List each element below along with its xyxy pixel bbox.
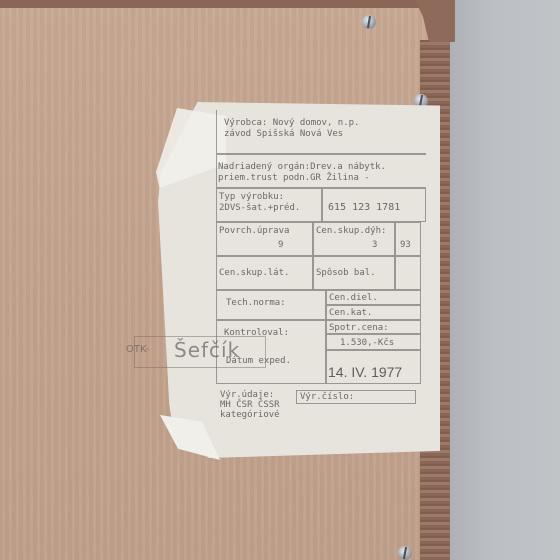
cell-extra xyxy=(395,222,421,256)
surface-value: 9 xyxy=(278,240,283,250)
retail-price-label: Spotr.cena: xyxy=(329,323,389,333)
veneer-value: 3 xyxy=(372,240,377,250)
stamp-prefix: OTK- xyxy=(126,344,156,355)
price-part-label: Cen.diel. xyxy=(329,293,378,303)
product-type-value: 2DVS-šat.+préd. xyxy=(219,203,300,213)
retail-price-value: 1.530,-Kčs xyxy=(340,338,394,348)
dispatch-date-stamp: 14. IV. 1977 xyxy=(328,364,402,380)
stamp-name: Šefčík xyxy=(174,338,240,362)
parent-org-line2: priem.trust podn.GR Žilina - xyxy=(218,173,370,183)
price-cat-label: Cen.kat. xyxy=(329,308,372,318)
extra-value: 93 xyxy=(400,240,411,250)
manufacturer-line2: závod Spišská Nová Ves xyxy=(224,129,343,139)
serial-info-label-3: kategóriové xyxy=(220,410,280,420)
veneer-label: Cen.skup.dýh: xyxy=(316,226,386,236)
screw-icon xyxy=(398,546,412,560)
product-code: 615 123 1781 xyxy=(328,203,400,213)
screw-icon xyxy=(362,15,376,29)
packing-label: Spôsob bal. xyxy=(316,268,376,278)
wood-edge-top xyxy=(0,0,450,8)
wall-background xyxy=(450,0,560,560)
tech-norm-label: Tech.norma: xyxy=(226,298,286,308)
serial-info-label-1: Výr.údaje: xyxy=(220,390,274,400)
fabric-label: Cen.skup.lát. xyxy=(219,268,289,278)
serial-number-label: Výr.číslo: xyxy=(300,392,354,402)
parent-org-line1: Nadriadený orgán:Drev.a nábytk. xyxy=(218,162,386,172)
surface-label: Povrch.úprava xyxy=(219,226,289,236)
serial-info-label-2: MH ČSR ČSSR xyxy=(220,400,280,410)
cell-empty xyxy=(395,256,421,290)
product-type-label: Typ výrobku: xyxy=(219,192,284,202)
manufacturer-line1: Výrobca: Nový domov, n.p. xyxy=(224,118,359,128)
